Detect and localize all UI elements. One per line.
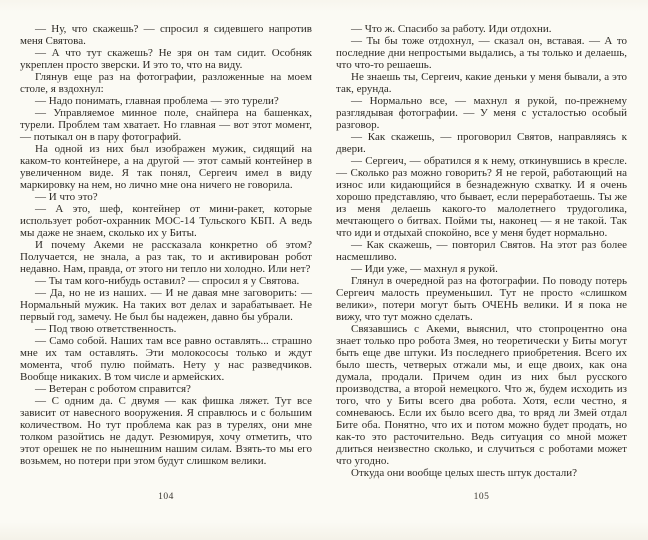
page-right: — Что ж. Спасибо за работу. Иди отдохни.… bbox=[336, 0, 627, 540]
book-spread: — Ну, что скажешь? — спросил я сидевшего… bbox=[0, 0, 648, 540]
paragraph: — Ветеран с роботом справится? bbox=[20, 383, 312, 395]
paragraph: — Как скажешь, — проговорил Святов, напр… bbox=[336, 131, 627, 155]
paragraph: — Ну, что скажешь? — спросил я сидевшего… bbox=[20, 23, 312, 47]
paragraph: И почему Акеми не рассказала конкретно о… bbox=[20, 239, 312, 275]
paragraph: Глянул в очередной раз на фотографии. По… bbox=[336, 275, 627, 323]
paragraph: — Как скажешь, — повторил Святов. На это… bbox=[336, 239, 627, 263]
paragraph: — Ты там кого-нибудь оставил? — спросил … bbox=[20, 275, 312, 287]
paragraph: — С одним да. С двумя — как фишка ляжет.… bbox=[20, 395, 312, 467]
paragraph: Откуда они вообще целых шесть штук доста… bbox=[336, 467, 627, 479]
paragraph: На одной из них был изображен мужик, сид… bbox=[20, 143, 312, 191]
paragraph: — Управляемое минное поле, снайпера на б… bbox=[20, 107, 312, 143]
paragraph: Глянув еще раз на фотографии, разложенны… bbox=[20, 71, 312, 95]
paragraph: — А что тут скажешь? Не зря он там сидит… bbox=[20, 47, 312, 71]
page-number-left: 104 bbox=[20, 492, 312, 502]
paragraph: — Иди уже, — махнул я рукой. bbox=[336, 263, 627, 275]
paragraph: — Под твою ответственность. bbox=[20, 323, 312, 335]
paragraph: — Ты бы тоже отдохнул, — сказал он, вста… bbox=[336, 35, 627, 71]
page-left: — Ну, что скажешь? — спросил я сидевшего… bbox=[20, 0, 312, 540]
paragraph: — Что ж. Спасибо за работу. Иди отдохни. bbox=[336, 23, 627, 35]
paragraph: — Нормально все, — махнул я рукой, по-пр… bbox=[336, 95, 627, 131]
paragraph: — Надо понимать, главная проблема — это … bbox=[20, 95, 312, 107]
paragraph: — Само собой. Наших там все равно оставл… bbox=[20, 335, 312, 383]
paragraph: — А это, шеф, контейнер от мини-ракет, к… bbox=[20, 203, 312, 239]
page-number-right: 105 bbox=[336, 492, 627, 502]
paragraph: Не знаешь ты, Сергеич, какие деньки у ме… bbox=[336, 71, 627, 95]
paragraph: — Да, но не из наших. — И не давая мне з… bbox=[20, 287, 312, 323]
paragraph: Связавшись с Акеми, выяснил, что стопроц… bbox=[336, 323, 627, 467]
scanned-book-spread: { "colors": { "paper": "#fbfaf4", "ink":… bbox=[0, 0, 648, 540]
paragraph: — И что это? bbox=[20, 191, 312, 203]
page-right-text: — Что ж. Спасибо за работу. Иди отдохни.… bbox=[336, 23, 627, 479]
paragraph: — Сергеич, — обратился я к нему, откинув… bbox=[336, 155, 627, 239]
page-left-text: — Ну, что скажешь? — спросил я сидевшего… bbox=[20, 23, 312, 467]
